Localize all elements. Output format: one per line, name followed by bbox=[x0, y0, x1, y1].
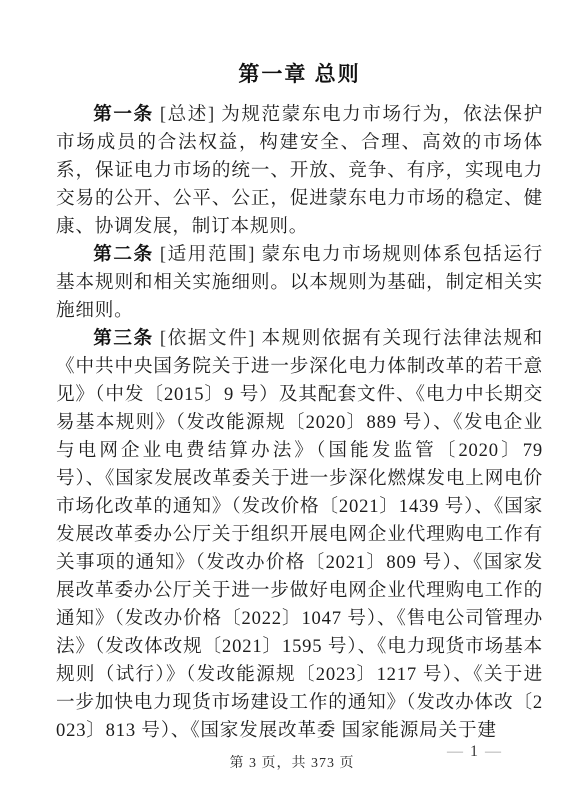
article-2: 第二条 [适用范围] 蒙东电力市场规则体系包括运行基本规则和相关实施细则。以本规… bbox=[56, 241, 543, 325]
article-3: 第三条 [依据文件] 本规则依据有关现行法律法规和《中共中央国务院关于进一步深化… bbox=[56, 325, 543, 745]
article-1: 第一条 [总述] 为规范蒙东电力市场行为，依法保护市场成员的合法权益，构建安全、… bbox=[56, 101, 543, 241]
article-3-tag: [依据文件] bbox=[160, 328, 255, 349]
article-2-number: 第二条 bbox=[93, 244, 153, 265]
article-2-tag: [适用范围] bbox=[160, 244, 255, 265]
article-1-tag: [总述] bbox=[160, 104, 215, 125]
article-1-number: 第一条 bbox=[93, 104, 153, 125]
article-3-text: 本规则依据有关现行法律法规和《中共中央国务院关于进一步深化电力体制改革的若干意见… bbox=[56, 328, 543, 741]
document-page: 第一章 总则 第一条 [总述] 为规范蒙东电力市场行为，依法保护市场成员的合法权… bbox=[0, 0, 584, 791]
footer-page-label: 第 3 页，共 373 页 bbox=[0, 752, 584, 772]
article-3-number: 第三条 bbox=[93, 328, 153, 349]
chapter-title: 第一章 总则 bbox=[56, 58, 543, 88]
document-content: 第一章 总则 第一条 [总述] 为规范蒙东电力市场行为，依法保护市场成员的合法权… bbox=[56, 58, 543, 745]
